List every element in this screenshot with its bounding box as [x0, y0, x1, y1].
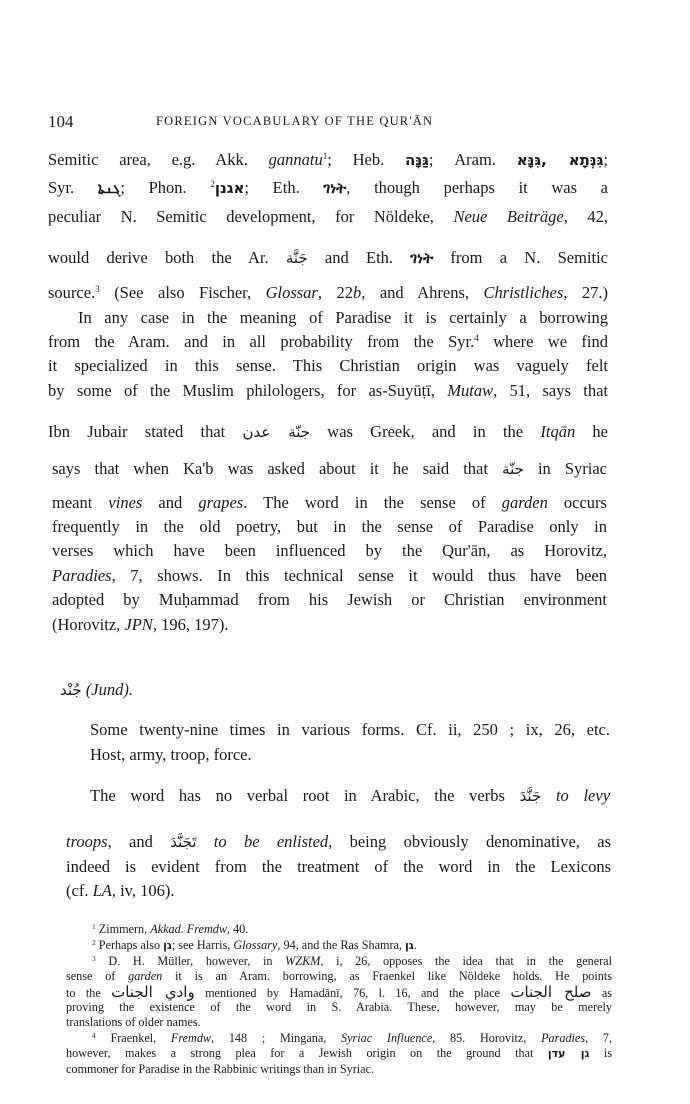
text-segment: translations of older names. — [66, 1015, 201, 1029]
footnote-line: 4 Fraenkel, Fremdw, 148 ; Mingana, Syria… — [92, 1031, 612, 1046]
footnote-line: however, makes a strong plea for a Jewis… — [66, 1046, 612, 1061]
text-segment: commoner for Paradise in the Rabbinic wr… — [66, 1062, 374, 1076]
text-segment: ; Heb. — [327, 150, 405, 169]
text-segment: , iv, 106). — [112, 881, 175, 900]
text-line: Ibn Jubair stated that جنّة عدن was Gree… — [48, 422, 608, 442]
text-line: troops, and تَجَنَّدَ to be enlisted, be… — [66, 832, 611, 852]
text-segment: , 196, 197). — [153, 615, 229, 634]
text-segment: , and Ahrens, — [361, 283, 483, 302]
text-line: In any case in the meaning of Paradise i… — [78, 308, 608, 328]
text-segment: , 85. Horovitz, — [432, 1031, 541, 1045]
text-segment: garden — [128, 969, 162, 983]
text-line: Some twenty-nine times in various forms.… — [90, 720, 610, 740]
semitic-text: גַּנָּה — [405, 151, 429, 169]
text-line: indeed is evident from the treatment of … — [66, 857, 611, 877]
text-segment: Semitic area, e.g. Akk. — [48, 150, 269, 169]
text-segment: ; Aram. — [429, 150, 517, 169]
text-line: adopted by Muḥammad from his Jewish or C… — [52, 590, 607, 610]
text-segment: (cf. — [66, 881, 93, 900]
running-title: FOREIGN VOCABULARY OF THE QUR'ĀN — [156, 114, 433, 129]
semitic-text: גן עדן — [548, 1047, 590, 1060]
text-segment: would derive both the Ar. — [48, 248, 286, 267]
text-line: from the Aram. and in all probability fr… — [48, 332, 608, 352]
text-segment: Glossar — [266, 283, 318, 302]
text-segment: troops — [66, 832, 108, 851]
text-segment: Itqān — [540, 422, 575, 441]
headword-arabic: جُنْد — [60, 681, 82, 699]
arabic-text: وادي الجنات — [111, 983, 195, 1001]
text-segment: indeed is evident from the treatment of … — [66, 857, 611, 876]
text-segment: Fremdw — [171, 1031, 211, 1045]
text-segment: he — [575, 422, 608, 441]
text-segment: , and — [108, 832, 171, 851]
text-segment: from the Aram. and in all probability fr… — [48, 332, 474, 351]
text-segment: frequently in the old poetry, but in the… — [52, 517, 607, 536]
text-segment: verses which have been influenced by the… — [52, 541, 607, 560]
text-line: by some of the Muslim philologers, for a… — [48, 381, 608, 401]
text-segment: ; Eth. — [244, 178, 323, 197]
footnote-line: to the وادي الجنات mentioned by Hamadānī… — [66, 985, 612, 1001]
text-segment: however, makes a strong plea for a Jewis… — [66, 1046, 548, 1060]
text-segment: , being obviously denominative, as — [328, 832, 611, 851]
text-segment: Ibn Jubair stated that — [48, 422, 242, 441]
text-line: verses which have been influenced by the… — [52, 541, 607, 561]
text-segment: ; Phon. — [120, 178, 210, 197]
text-segment: it specialized in this sense. This Chris… — [48, 356, 608, 375]
text-segment — [196, 832, 213, 851]
text-segment: LA — [93, 881, 112, 900]
text-line: Syr. ܓܢܬܐ; Phon. אגנן2; Eth. ገነት, though… — [48, 178, 608, 198]
text-segment: D. H. Müller, however, in — [96, 954, 285, 968]
page-number: 104 — [48, 112, 74, 132]
text-segment: vines — [108, 493, 142, 512]
semitic-text: גִּנְּתָא ,גִּנָּא — [517, 151, 604, 169]
text-segment: as — [591, 986, 612, 1000]
text-segment: mentioned by Hamadānī, 76, l. 16, and th… — [195, 986, 511, 1000]
text-segment: , i, 26, opposes the idea that in the ge… — [320, 954, 612, 968]
text-segment: Some twenty-nine times in various forms.… — [90, 720, 610, 739]
semitic-text: גן — [405, 939, 414, 952]
entry-headword: جُنْد (Jund). — [60, 680, 133, 700]
text-line: meant vines and grapes. The word in the … — [52, 493, 607, 513]
text-segment: peculiar N. Semitic development, for Nöl… — [48, 207, 453, 226]
text-segment: (See also Fischer, — [100, 283, 266, 302]
arabic-text: جنّة عدن — [242, 423, 310, 441]
text-segment: , 7, — [585, 1031, 612, 1045]
book-page: 104 FOREIGN VOCABULARY OF THE QUR'ĀN Sem… — [0, 0, 690, 1104]
text-segment: , though perhaps it was a — [346, 178, 608, 197]
text-segment: WZKM — [285, 954, 320, 968]
text-segment: , 27.) — [563, 283, 608, 302]
text-segment: Neue Beiträge — [453, 207, 563, 226]
semitic-text: ܓܢܬܐ — [98, 179, 121, 197]
text-segment: where we find — [479, 332, 608, 351]
text-line: (cf. LA, iv, 106). — [66, 881, 174, 901]
text-segment: Glossary — [233, 938, 277, 952]
text-segment: Zimmern, — [96, 922, 151, 936]
text-segment: , 42, — [564, 207, 608, 226]
text-line: would derive both the Ar. جَنَّة and Eth… — [48, 248, 608, 268]
text-segment: ; — [603, 150, 608, 169]
text-segment: In any case in the meaning of Paradise i… — [78, 308, 608, 327]
arabic-text: تَجَنَّدَ — [170, 833, 196, 851]
text-segment: it is an Aram. borrowing, as Fraenkel li… — [162, 969, 612, 983]
text-segment: by some of the Muslim philologers, for a… — [48, 381, 447, 400]
text-segment: and Eth. — [308, 248, 411, 267]
text-segment: is — [589, 1046, 612, 1060]
text-segment: to the — [66, 986, 111, 1000]
text-segment: , 94, and the Ras Shamra, — [277, 938, 405, 952]
text-segment: , 148 ; Mingana, — [211, 1031, 341, 1045]
footnote-line: proving the existence of the word in S. … — [66, 1000, 612, 1015]
text-line: peculiar N. Semitic development, for Nöl… — [48, 207, 608, 227]
text-line: The word has no verbal root in Arabic, t… — [90, 786, 610, 806]
text-segment: , 7, shows. In this technical sense it w… — [112, 566, 607, 585]
semitic-text: ገነት — [410, 249, 433, 267]
text-line: Semitic area, e.g. Akk. gannatu1; Heb. ג… — [48, 150, 608, 170]
text-segment: Akkad. Fremdw — [150, 922, 227, 936]
text-segment: Paradies — [541, 1031, 585, 1045]
text-segment: (Horovitz, — [52, 615, 124, 634]
page-header: 104 FOREIGN VOCABULARY OF THE QUR'ĀN — [48, 112, 608, 136]
footnote-line: sense of garden it is an Aram. borrowing… — [66, 969, 612, 984]
text-segment: says that when Ka'b was asked about it h… — [52, 459, 502, 478]
text-segment: garden — [502, 493, 548, 512]
text-segment: adopted by Muḥammad from his Jewish or C… — [52, 590, 607, 609]
text-segment — [541, 786, 556, 805]
text-segment: Host, army, troop, force. — [90, 745, 252, 764]
text-segment: , 22 — [318, 283, 353, 302]
text-segment: JPN — [124, 615, 152, 634]
text-segment: from a N. Semitic — [433, 248, 608, 267]
arabic-text: جَنَّدَ — [520, 787, 542, 805]
text-segment: . — [414, 938, 417, 952]
text-segment: meant — [52, 493, 108, 512]
footnote-line: commoner for Paradise in the Rabbinic wr… — [66, 1062, 374, 1077]
text-segment: gannatu — [269, 150, 323, 169]
headword-transliteration: (Jund). — [86, 680, 133, 699]
text-segment: to be enlisted — [214, 832, 328, 851]
arabic-text: جَنَّة — [286, 249, 308, 267]
text-segment: occurs — [548, 493, 607, 512]
text-segment: in Syriac — [524, 459, 607, 478]
text-segment: grapes — [198, 493, 243, 512]
footnote-line: 1 Zimmern, Akkad. Fremdw, 40. — [92, 922, 248, 937]
text-segment: proving the existence of the word in S. … — [66, 1000, 612, 1014]
footnote-line: translations of older names. — [66, 1015, 201, 1030]
text-segment: b — [353, 283, 361, 302]
text-segment: was Greek, and in the — [310, 422, 540, 441]
text-segment: Syr. — [48, 178, 98, 197]
text-segment: and — [142, 493, 198, 512]
text-segment: Paradies — [52, 566, 112, 585]
text-segment: , 40. — [227, 922, 248, 936]
text-segment: Syriac Influence — [341, 1031, 432, 1045]
text-line: source.3 (See also Fischer, Glossar, 22b… — [48, 283, 608, 303]
text-segment: source. — [48, 283, 95, 302]
text-segment: Christliches — [484, 283, 564, 302]
footnote-line: 3 D. H. Müller, however, in WZKM, i, 26,… — [92, 954, 612, 969]
text-line: it specialized in this sense. This Chris… — [48, 356, 608, 376]
semitic-text: ገነት — [323, 179, 346, 197]
text-segment: The word has no verbal root in Arabic, t… — [90, 786, 520, 805]
semitic-text: גן — [163, 939, 172, 952]
text-line: frequently in the old poetry, but in the… — [52, 517, 607, 537]
text-segment: . The word in the sense of — [243, 493, 501, 512]
text-segment: sense of — [66, 969, 128, 983]
arabic-text: جنّة — [502, 460, 524, 478]
text-line: Paradies, 7, shows. In this technical se… — [52, 566, 607, 586]
text-segment: , 51, says that — [493, 381, 608, 400]
text-segment: Mutaw — [447, 381, 493, 400]
text-line: (Horovitz, JPN, 196, 197). — [52, 615, 228, 635]
text-segment: ; see Harris, — [172, 938, 234, 952]
text-segment: Perhaps also — [96, 938, 163, 952]
arabic-text: صلح الجنات — [510, 983, 591, 1001]
text-segment: Fraenkel, — [96, 1031, 171, 1045]
text-line: Host, army, troop, force. — [90, 745, 252, 765]
text-segment: to levy — [556, 786, 610, 805]
semitic-text: אגנן — [215, 179, 245, 197]
text-line: says that when Ka'b was asked about it h… — [52, 459, 607, 479]
footnote-line: 2 Perhaps also גן; see Harris, Glossary,… — [92, 938, 417, 953]
